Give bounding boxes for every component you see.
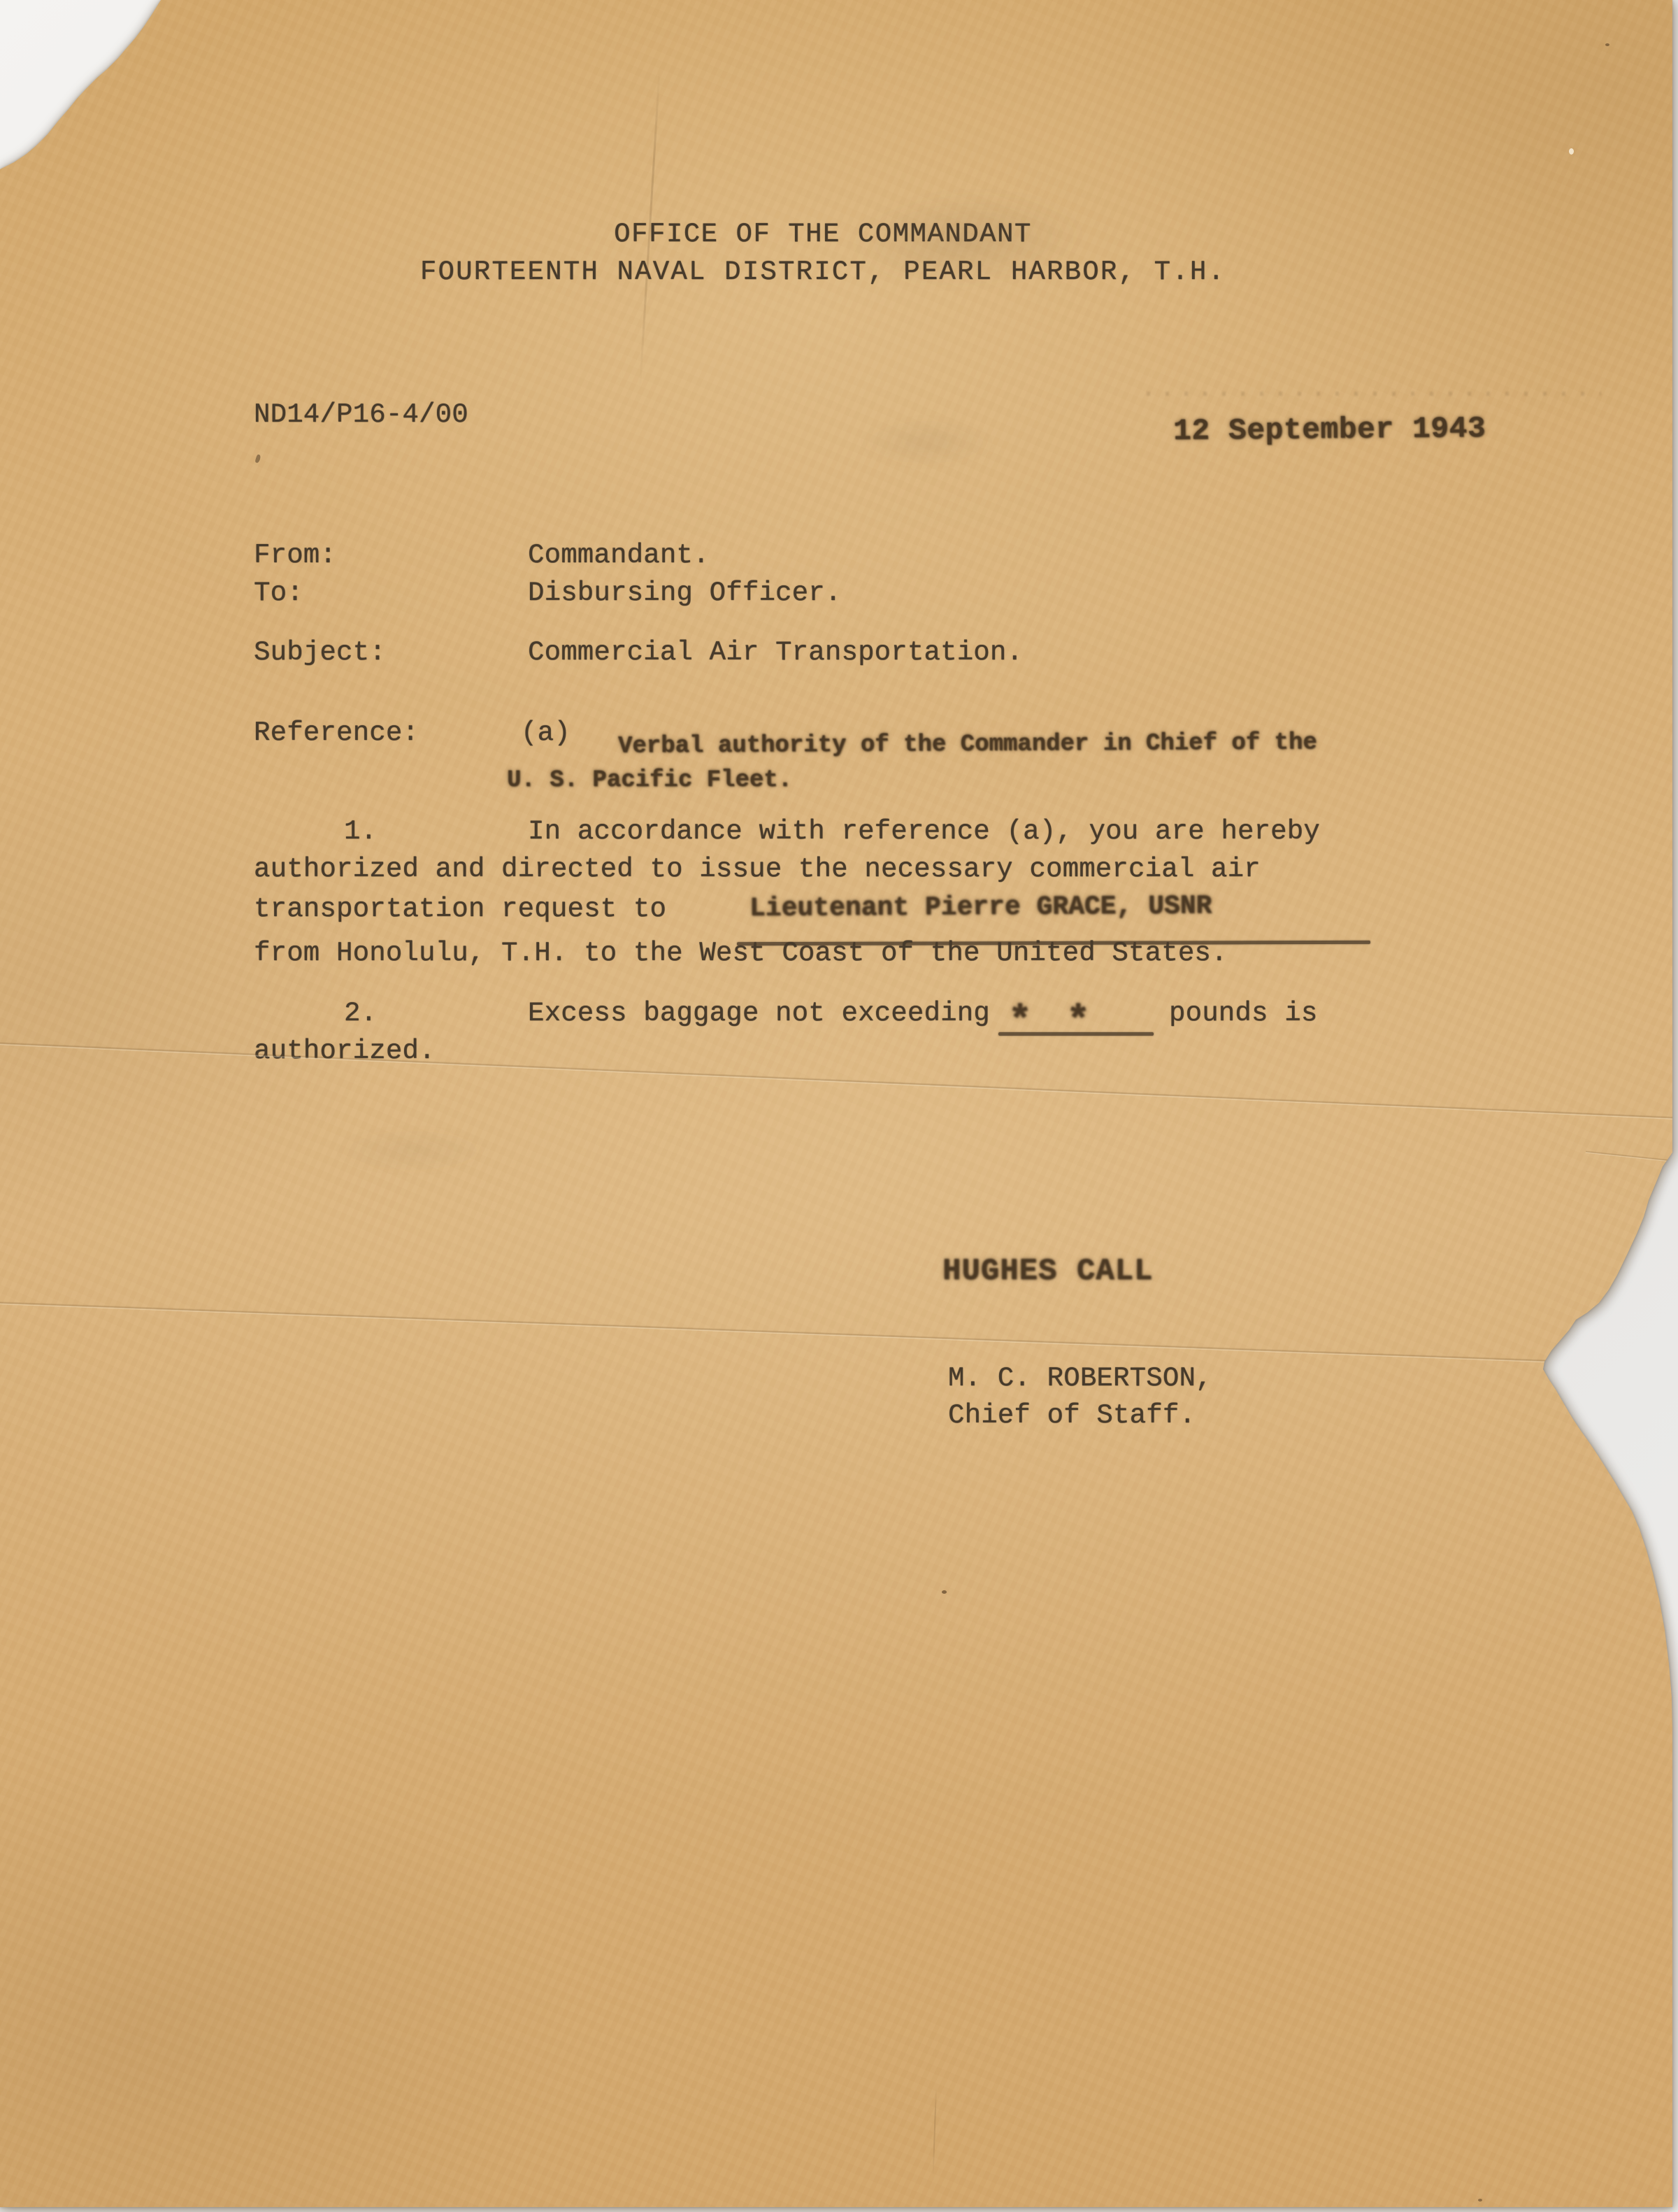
- memo-page: OFFICE OF THE COMMANDANT FOURTEENTH NAVA…: [0, 0, 1678, 2212]
- fold-crease-lower: [0, 1301, 1565, 1364]
- fold-crease-upper: [0, 1040, 1678, 1123]
- to-label: To:: [254, 577, 303, 609]
- para1-line3-stamp: Lieutenant Pierre GRACE, USNR: [750, 891, 1212, 923]
- reference-stamp-line1: Verbal authority of the Commander in Chi…: [618, 729, 1317, 759]
- stray-comma-mark: [254, 454, 261, 463]
- smudge-top-right: [797, 165, 1132, 315]
- para2-baggage-stamp: * *: [1008, 999, 1096, 1043]
- para1-line4: from Honolulu, T.H. to the West Coast of…: [254, 937, 1228, 969]
- para2-number: 2.: [344, 997, 377, 1029]
- ink-speck-2: [1605, 43, 1609, 46]
- subject-value: Commercial Air Transportation.: [528, 636, 1023, 669]
- ink-speck-3: [1478, 2199, 1482, 2202]
- date-stamp: 12 September 1943: [1173, 411, 1486, 448]
- para1-line2: authorized and directed to issue the nec…: [254, 853, 1261, 885]
- to-value: Disbursing Officer.: [528, 577, 841, 609]
- paper-fleck: [1569, 148, 1574, 155]
- subject-label: Subject:: [254, 636, 386, 669]
- reference-item: (a): [521, 717, 571, 749]
- authority-stamp: HUGHES CALL: [942, 1254, 1153, 1289]
- smudge-left: [301, 1119, 524, 1182]
- smudge-mid: [832, 409, 1021, 476]
- ink-speck-1: [942, 1590, 947, 1594]
- scratch-bottom: [933, 2088, 937, 2175]
- from-label: From:: [254, 539, 336, 571]
- signature-title: Chief of Staff.: [948, 1399, 1196, 1432]
- page-shadow: OFFICE OF THE COMMANDANT FOURTEENTH NAVA…: [0, 0, 1678, 2212]
- reference-stamp-line2: U. S. Pacific Fleet.: [507, 767, 792, 794]
- para1-line3-typed: transportation request to: [254, 893, 666, 925]
- para2-typed-after: pounds is: [1169, 997, 1317, 1029]
- para2-typed-before: Excess baggage not exceeding: [528, 997, 990, 1029]
- reference-label: Reference:: [254, 717, 419, 749]
- crease-top-right: [1586, 1150, 1678, 1164]
- para1-number: 1.: [344, 815, 377, 848]
- para2-stamp-underline: [998, 1032, 1154, 1036]
- signature-name: M. C. ROBERTSON,: [948, 1362, 1212, 1394]
- file-number: ND14/P16-4/00: [254, 399, 468, 431]
- para1-line1: In accordance with reference (a), you ar…: [528, 815, 1320, 848]
- stamp-ghost-marks: [1147, 392, 1601, 396]
- from-value: Commandant.: [528, 539, 710, 571]
